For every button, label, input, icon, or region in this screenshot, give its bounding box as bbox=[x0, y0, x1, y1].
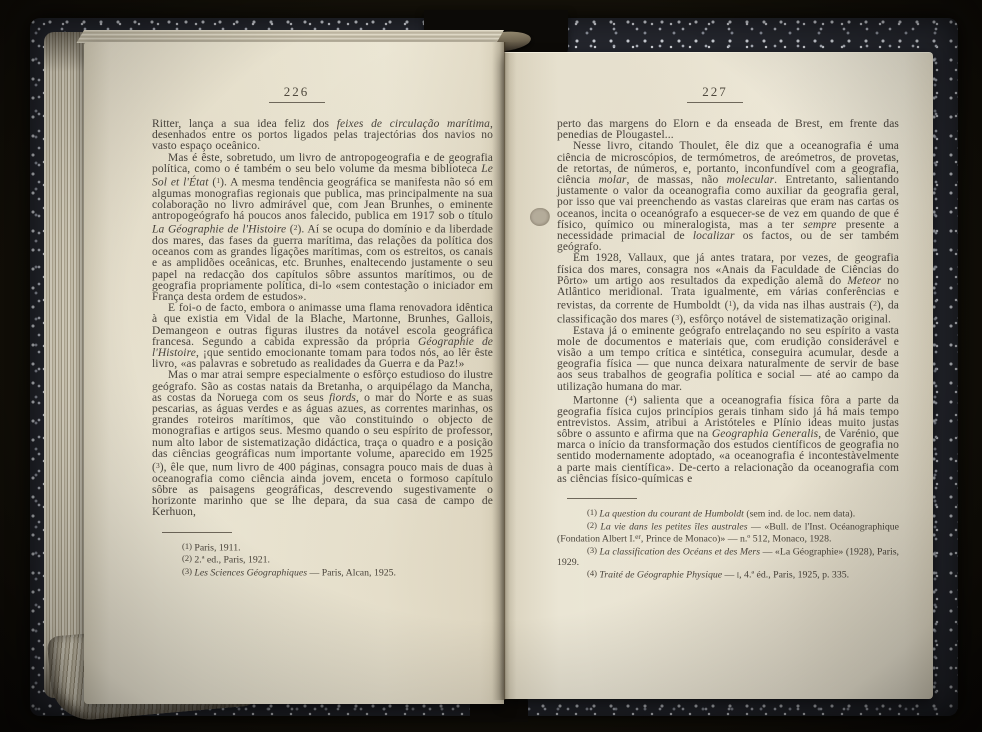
italic-text-run: La classification des Océans et des Mers bbox=[599, 547, 760, 558]
page-right-footnotes: (1) La question du courant de Humboldt (… bbox=[557, 507, 899, 581]
paragraph: perto das margens do Elorn e da enseada … bbox=[557, 119, 899, 141]
italic-text-run: Traité de Géographie Physique bbox=[599, 570, 722, 581]
footnote-marker: (2) bbox=[182, 553, 192, 563]
text-run: Martonne ( bbox=[573, 394, 629, 406]
page-edges-left-stack bbox=[44, 32, 86, 698]
text-run: ), esfôrço notável de sistematização ori… bbox=[679, 313, 891, 325]
page-left-body: Ritter, lança a sua idea feliz dos feixe… bbox=[152, 119, 493, 519]
text-run: Estava já o eminente geógrafo entrelaçan… bbox=[557, 325, 899, 393]
text-run: (sem ind. de loc. nem data). bbox=[744, 509, 855, 520]
text-run: , Prince de Monaco)» — n.º 512, Monaco, … bbox=[641, 534, 832, 545]
text-run: 2.ª ed., Paris, 1921. bbox=[192, 555, 270, 566]
text-run: , 4.ª éd., Paris, 1925, p. 335. bbox=[739, 570, 849, 581]
paragraph: E foi-o de facto, embora o animasse uma … bbox=[152, 303, 493, 370]
paragraph: Nesse livro, citando Thoulet, êle diz qu… bbox=[557, 141, 899, 253]
text-run: — Paris, Alcan, 1925. bbox=[307, 568, 396, 579]
text-run: ), êle que, num livro de 400 páginas, co… bbox=[152, 462, 493, 519]
text-run: — bbox=[722, 570, 737, 581]
page-number-block-right: 227 bbox=[544, 84, 886, 103]
text-run: Paris, 1911. bbox=[192, 542, 241, 553]
paragraph: Mas o mar atrai sempre especialmente o e… bbox=[152, 370, 493, 518]
paragraph: Mas é êste, sobretudo, um livro de antro… bbox=[152, 153, 493, 304]
page-number-left: 226 bbox=[126, 84, 467, 100]
footnote: (4) Traité de Géographie Physique — i, 4… bbox=[557, 568, 899, 581]
book-photograph: 226 Ritter, lança a sua idea feliz dos f… bbox=[0, 0, 982, 732]
footnote: (1) Paris, 1911. bbox=[152, 541, 493, 554]
italic-text-run: La question du courant de Humboldt bbox=[599, 509, 744, 520]
page-right-body: perto das margens do Elorn e da enseada … bbox=[557, 119, 899, 485]
italic-text-run: Geographia Generalis bbox=[712, 428, 818, 440]
italic-text-run: localizar bbox=[693, 230, 735, 242]
page-right-content: 227 perto das margens do Elorn e da ense… bbox=[557, 84, 899, 581]
page-number-rule-right bbox=[687, 102, 743, 103]
footnote: (1) La question du courant de Humboldt (… bbox=[557, 507, 899, 520]
text-run: ( bbox=[286, 224, 294, 236]
paper-wormhole bbox=[530, 208, 550, 226]
italic-text-run: La vie dans les petites îles australes bbox=[600, 521, 747, 532]
italic-text-run: molar bbox=[599, 174, 627, 186]
paragraph: Ritter, lança a sua idea feliz dos feixe… bbox=[152, 119, 493, 153]
text-run: ). Aí se ocupa do domínio e da liberdade… bbox=[152, 224, 493, 303]
italic-text-run: sempre bbox=[803, 219, 836, 231]
paragraph: Estava já o eminente geógrafo entrelaçan… bbox=[557, 326, 899, 393]
italic-text-run: molecular bbox=[727, 174, 775, 186]
footnote-marker: (1) bbox=[587, 507, 597, 517]
text-run: Mas é êste, sobretudo, um livro de antro… bbox=[152, 152, 493, 175]
text-run: perto das margens do Elorn e da enseada … bbox=[557, 118, 899, 141]
page-number-right: 227 bbox=[544, 84, 886, 100]
paragraph: Em 1928, Vallaux, que já antes tratara, … bbox=[557, 253, 899, 325]
footnote: (2) La vie dans les petites îles austral… bbox=[557, 520, 899, 545]
italic-text-run: feixes de circulação marítima bbox=[337, 118, 490, 130]
text-run: , ¡que sentido emocionante tomam para to… bbox=[152, 347, 493, 370]
footnote-rule-right bbox=[567, 498, 637, 499]
page-number-rule-left bbox=[269, 102, 325, 103]
footnote: (3) La classification des Océans et des … bbox=[557, 545, 899, 568]
text-run: , de massas, não bbox=[627, 174, 727, 186]
paragraph: Martonne (4) salienta que a oceanografia… bbox=[557, 393, 899, 485]
footnote-marker: (4) bbox=[587, 568, 597, 578]
footnote-marker: (1) bbox=[182, 541, 192, 551]
italic-text-run: Meteor bbox=[847, 275, 881, 287]
page-left-footnotes: (1) Paris, 1911.(2) 2.ª ed., Paris, 1921… bbox=[152, 541, 493, 579]
footnote: (3) Les Sciences Géographiques — Paris, … bbox=[152, 566, 493, 579]
footnote-marker: (2) bbox=[587, 520, 597, 530]
text-run: Ritter, lança a sua idea feliz dos bbox=[152, 118, 337, 130]
italic-text-run: fiords bbox=[329, 392, 356, 404]
page-left-content: 226 Ritter, lança a sua idea feliz dos f… bbox=[152, 84, 493, 579]
footnote-rule-left bbox=[162, 532, 232, 533]
footnote-marker: (3) bbox=[182, 566, 192, 576]
footnote-marker: (3) bbox=[587, 545, 597, 555]
italic-text-run: La Géographie de l'Histoire bbox=[152, 224, 286, 236]
italic-text-run: Les Sciences Géographiques bbox=[194, 568, 307, 579]
text-run: ), da vida nas ilhas austrais ( bbox=[732, 300, 873, 312]
page-number-block-left: 226 bbox=[126, 84, 467, 103]
footnote: (2) 2.ª ed., Paris, 1921. bbox=[152, 553, 493, 566]
